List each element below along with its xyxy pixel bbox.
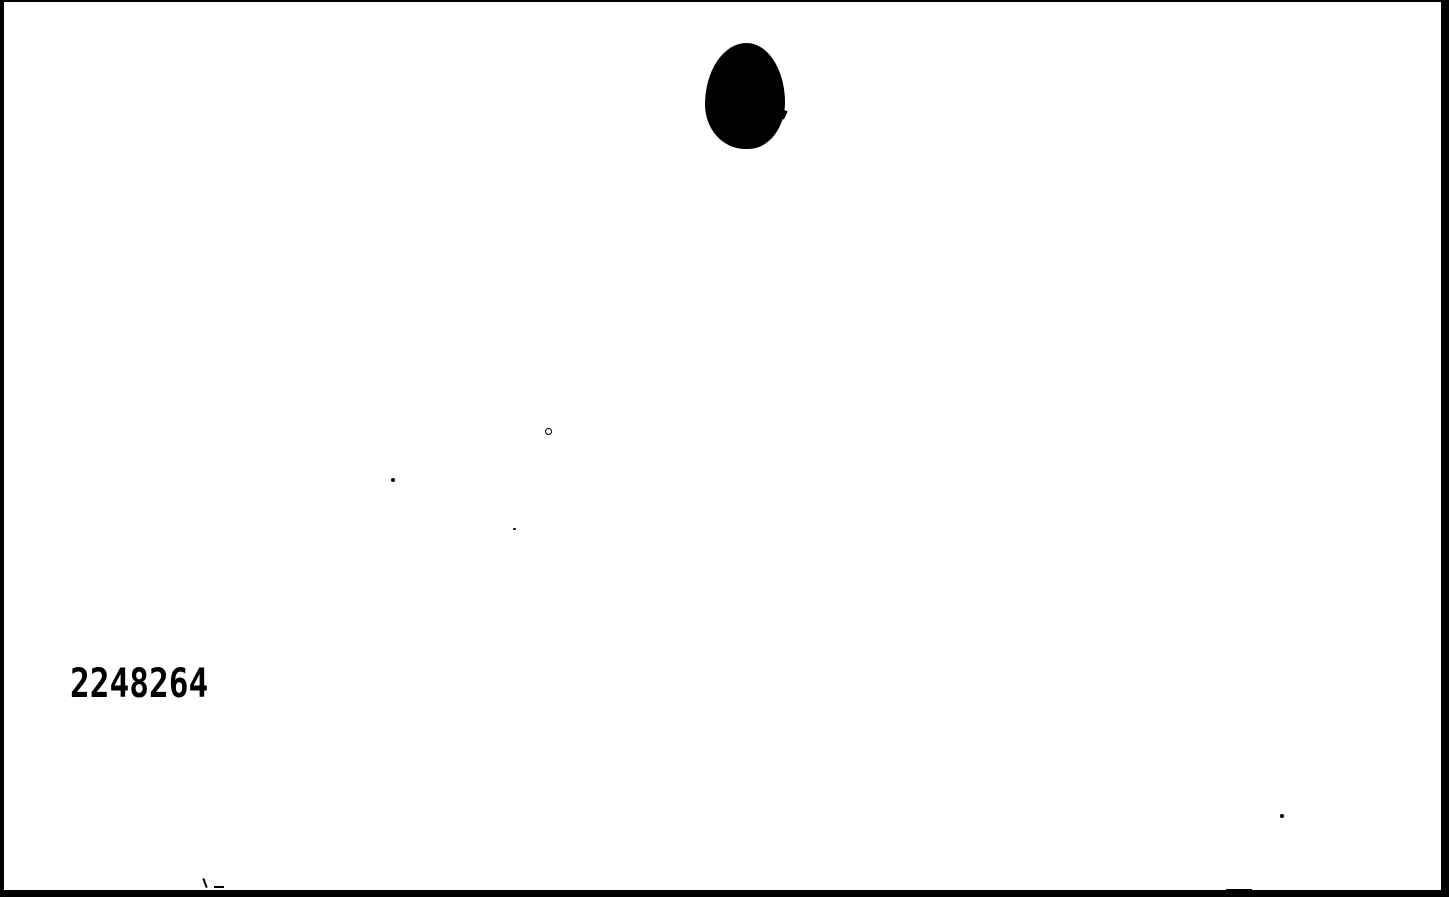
- scan-speck: [214, 886, 224, 888]
- punch-hole-icon: [705, 43, 785, 149]
- scan-speck: [391, 478, 395, 482]
- card-bottom-edge: [0, 890, 1449, 897]
- document-card: 2248264: [3, 2, 1442, 890]
- card-right-edge: [1441, 0, 1449, 897]
- document-number: 2248264: [70, 662, 208, 706]
- scan-speck: [545, 428, 552, 435]
- scan-speck: [202, 878, 207, 888]
- scan-speck: [1280, 814, 1284, 818]
- scan-speck: [513, 528, 516, 530]
